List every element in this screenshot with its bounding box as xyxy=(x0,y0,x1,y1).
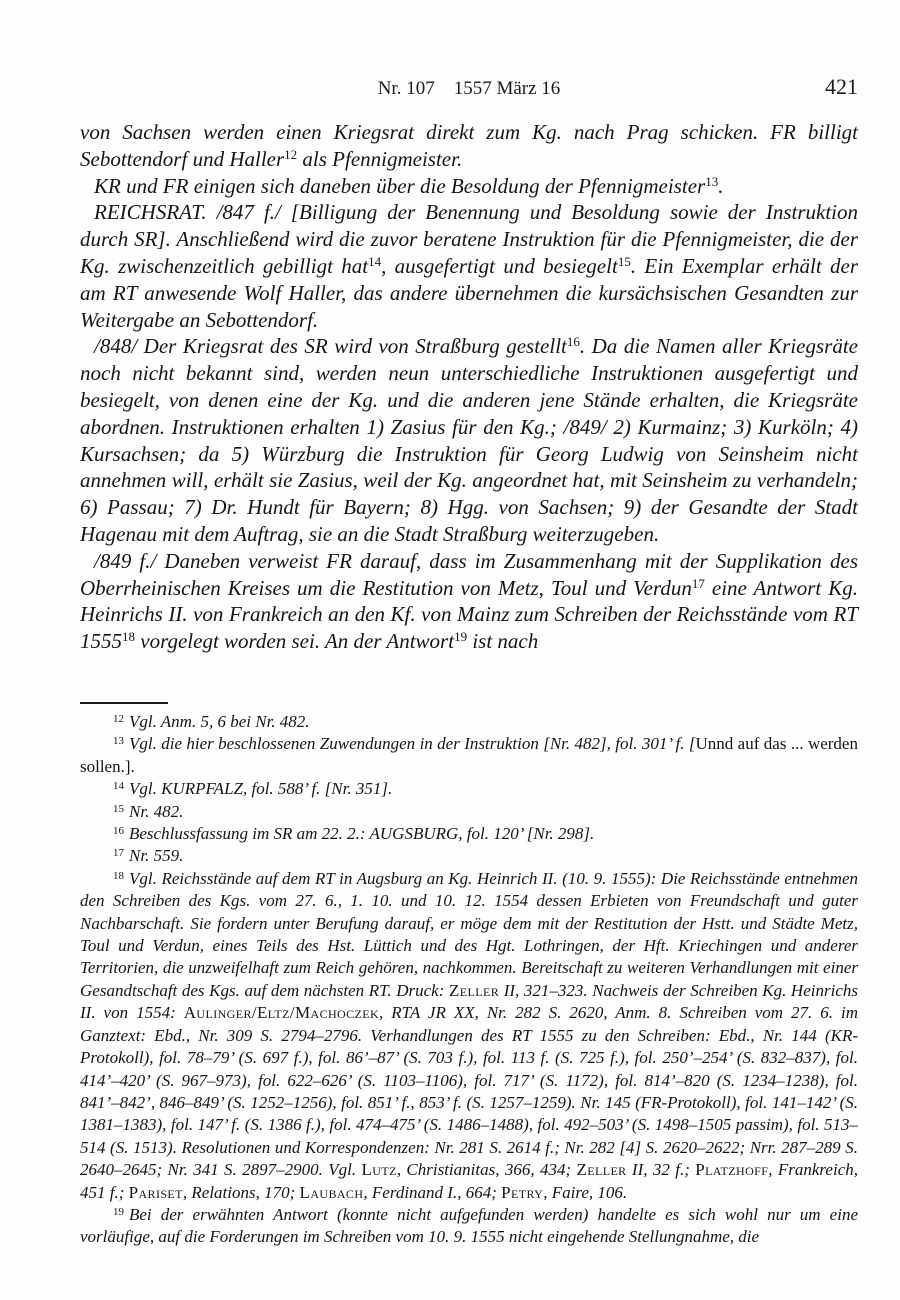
footnote-number: 12 xyxy=(113,713,124,725)
footnote-item: 13Vgl. die hier beschlossenen Zuwendunge… xyxy=(80,733,858,778)
page-header: Nr. 107 1557 März 16 421 xyxy=(80,76,858,104)
footnote-item: 19Bei der erwähnten Antwort (konnte nich… xyxy=(80,1204,858,1249)
text-segment: Aulinger/Eltz/Machoczek xyxy=(184,1003,379,1022)
text-segment: , Ferdinand I., 664; xyxy=(363,1183,501,1202)
footnote-number: 17 xyxy=(113,847,124,859)
footnote-ref: 13 xyxy=(705,174,718,189)
text-segment: . Da die Namen aller Kriegsräte noch nic… xyxy=(80,334,858,546)
footnote-ref: 14 xyxy=(368,254,381,269)
text-segment: , Christianitas, 366, 434; xyxy=(397,1160,577,1179)
text-segment: ist nach xyxy=(467,629,538,653)
text-segment: , Faire, 106. xyxy=(543,1183,627,1202)
footnote-item: 17Nr. 559. xyxy=(80,845,858,867)
footnote-item: 18Vgl. Reichsstände auf dem RT in Augsbu… xyxy=(80,868,858,1204)
text-segment: Nr. 559. xyxy=(129,846,183,865)
footnote-ref: 19 xyxy=(454,629,467,644)
body-paragraph: von Sachsen werden einen Kriegsrat direk… xyxy=(80,119,858,173)
body-paragraph: REICHSRAT. /847 f./ [Billigung der Benen… xyxy=(80,199,858,333)
text-segment: Nr. 482. xyxy=(129,802,183,821)
footnote-ref: 18 xyxy=(122,629,135,644)
page-number: 421 xyxy=(825,73,858,101)
footnote-number: 19 xyxy=(113,1206,124,1218)
text-segment: II, 32 f.; xyxy=(627,1160,696,1179)
text-segment: Zeller xyxy=(576,1160,626,1179)
text-segment: Vgl. die hier beschlossenen Zuwendungen … xyxy=(129,734,696,753)
text-segment: , Relations, 170; xyxy=(183,1183,300,1202)
text-segment: Zeller xyxy=(449,981,499,1000)
footnote-separator-rule xyxy=(80,702,168,704)
text-segment: KR und FR einigen sich daneben über die … xyxy=(94,174,705,198)
text-segment: Pariset xyxy=(129,1183,183,1202)
body-paragraph: KR und FR einigen sich daneben über die … xyxy=(80,173,858,200)
footnote-item: 14Vgl. KURPFALZ, fol. 588’ f. [Nr. 351]. xyxy=(80,778,858,800)
text-segment: /848/ Der Kriegsrat des SR wird von Stra… xyxy=(94,334,567,358)
footnote-number: 13 xyxy=(113,735,124,747)
text-segment: Lutz xyxy=(362,1160,397,1179)
text-segment: . xyxy=(718,174,723,198)
text-segment: von Sachsen werden einen Kriegsrat direk… xyxy=(80,120,858,171)
text-segment: Vgl. Anm. 5, 6 bei Nr. 482. xyxy=(129,712,310,731)
footnote-ref: 16 xyxy=(567,334,580,349)
regest-text: von Sachsen werden einen Kriegsrat direk… xyxy=(80,119,858,655)
text-segment: Platzhoff xyxy=(695,1160,768,1179)
footnote-item: 16Beschlussfassung im SR am 22. 2.: AUGS… xyxy=(80,823,858,845)
footnote-area: 12Vgl. Anm. 5, 6 bei Nr. 482.13Vgl. die … xyxy=(80,694,858,1249)
document-page: Nr. 107 1557 März 16 421 von Sachsen wer… xyxy=(0,0,900,1300)
footnote-item: 15Nr. 482. xyxy=(80,801,858,823)
text-segment: Petry xyxy=(501,1183,543,1202)
footnote-number: 16 xyxy=(113,825,124,837)
text-segment: , ausgefertigt und besiegelt xyxy=(381,254,618,278)
running-head: Nr. 107 1557 März 16 xyxy=(80,76,858,102)
text-segment: Bei der erwähnten Antwort (konnte nicht … xyxy=(80,1205,858,1246)
body-paragraph: /848/ Der Kriegsrat des SR wird von Stra… xyxy=(80,333,858,547)
text-segment: Laubach xyxy=(300,1183,364,1202)
footnote-ref: 12 xyxy=(284,147,297,162)
text-segment: vorgelegt worden sei. An der Antwort xyxy=(135,629,454,653)
footnote-list: 12Vgl. Anm. 5, 6 bei Nr. 482.13Vgl. die … xyxy=(80,711,858,1249)
body-paragraph: /849 f./ Daneben verweist FR darauf, das… xyxy=(80,548,858,655)
footnote-item: 12Vgl. Anm. 5, 6 bei Nr. 482. xyxy=(80,711,858,733)
footnote-ref: 17 xyxy=(692,576,705,591)
footnote-number: 15 xyxy=(113,803,124,815)
footnote-number: 14 xyxy=(113,780,124,792)
text-segment: Vgl. KURPFALZ, fol. 588’ f. [Nr. 351]. xyxy=(129,779,392,798)
text-segment: als Pfennigmeister. xyxy=(297,147,462,171)
footnote-number: 18 xyxy=(113,870,124,882)
text-segment: , RTA JR XX, Nr. 282 S. 2620, Anm. 8. Sc… xyxy=(80,1003,858,1179)
text-segment: Beschlussfassung im SR am 22. 2.: AUGSBU… xyxy=(129,824,594,843)
footnote-ref: 15 xyxy=(618,254,631,269)
